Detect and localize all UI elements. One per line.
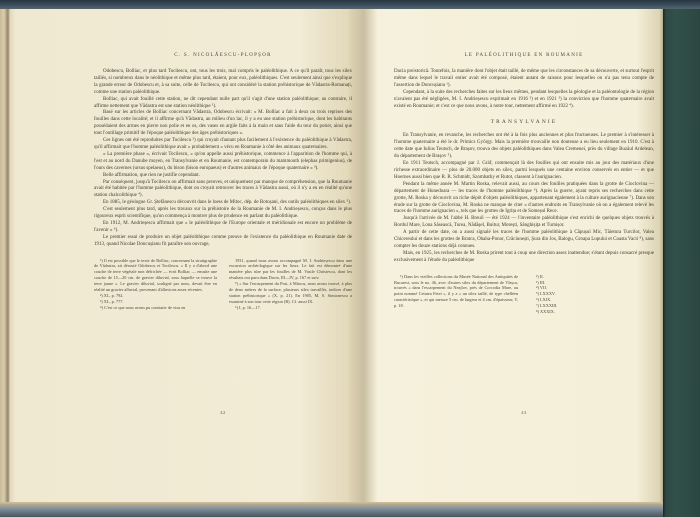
paragraph: En 1912, M. Andrieșescu affirmait que « … (94, 221, 352, 235)
footnote: ¹) Dans les vieilles collections du Musé… (394, 274, 518, 309)
paragraph: Mais, en 1925, les recherches de M. Rosk… (394, 251, 654, 265)
right-body-intro: Dacia preistorică. Toutefois, la manière… (394, 69, 654, 110)
footnote: 1931, quand nous avons accompagné M. I. … (229, 258, 352, 282)
left-page: C. S. NICOLĂESCU-PLOPȘOR Odobescu, Bolli… (94, 53, 352, 415)
book-page-stack-bottom-edge (0, 502, 663, 517)
paragraph: Bolliac, qui avait fouillé cette station… (94, 97, 352, 111)
footnote: ⁵) « Sur l'escarpement du Prut, à Mitocu… (229, 281, 352, 305)
footnote: ⁶) I, p. 16—17. (229, 305, 352, 311)
right-running-header: LE PALÉOLITHIQUE EN ROUMANIE (394, 53, 654, 58)
book-cover-right-edge (663, 9, 700, 517)
book-cover-top-edge (0, 0, 700, 9)
paragraph: Pendant la même année M. Martin Roska, r… (394, 182, 654, 217)
paragraph: Basé sur les articles de Bolliac concern… (94, 110, 352, 138)
book-spread: C. S. NICOLĂESCU-PLOPȘOR Odobescu, Bolli… (0, 9, 663, 504)
right-footnotes: ¹) Dans les vieilles collections du Musé… (394, 274, 654, 315)
right-page: LE PALÉOLITHIQUE EN ROUMANIE Dacia preis… (394, 53, 654, 415)
paragraph: En 1885, le géologue Gr. Ștefănescu déco… (94, 200, 352, 207)
right-body-section: En Transylvanie, en revanche, les recher… (394, 133, 654, 264)
left-footnotes-col1: ¹) Il est possible que le texte de Bolli… (94, 258, 217, 311)
right-page-number: 43 (394, 410, 654, 415)
paragraph: A partir de cette date, on a aussi signa… (394, 230, 654, 251)
paragraph: Ces lignes ont été reproduites par Tocil… (94, 138, 352, 152)
paragraph: Dacia preistorică. Toutefois, la manière… (394, 69, 654, 90)
footnote: ¹) Il est possible que le texte de Bolli… (94, 258, 217, 293)
left-running-header: C. S. NICOLĂESCU-PLOPȘOR (94, 53, 352, 58)
right-footnotes-col2: ²) II.³) III.⁴) VII.⁵) LXXXV.⁶) LXIX.⁷) … (530, 274, 654, 315)
paragraph: « La première phase », écrivait Tocilesc… (94, 152, 352, 173)
paragraph: Cependant, à la suite des recherches fai… (394, 90, 654, 111)
paragraph: Par conséquent, jusqu'à Tocilescu on aff… (94, 180, 352, 201)
open-book-photo: C. S. NICOLĂESCU-PLOPȘOR Odobescu, Bolli… (0, 0, 700, 517)
section-heading: TRANSYLVANIE (394, 119, 654, 125)
left-footnotes-col2: 1931, quand nous avons accompagné M. I. … (229, 258, 352, 311)
right-footnotes-col1: ¹) Dans les vieilles collections du Musé… (394, 274, 518, 315)
left-page-number: 42 (94, 410, 352, 415)
left-body-text: Odobescu, Bolliac, et plus tard Tocilesc… (94, 69, 352, 249)
paragraph: Odobescu, Bolliac, et plus tard Tocilesc… (94, 69, 352, 97)
footnote: ⁸) XXXIX. (530, 309, 654, 315)
footnote: ⁴) C'est ce que nous avons pu constater … (94, 305, 217, 311)
left-footnotes: ¹) Il est possible que le texte de Bolli… (94, 258, 352, 311)
paragraph: Le premier essai de produire un objet pa… (94, 235, 352, 249)
gutter-shadow (348, 9, 378, 504)
paragraph: C'est seulement plus tard, après les tra… (94, 207, 352, 221)
paragraph: Belle affirmation, que rien ne justifie … (94, 173, 352, 180)
paragraph: Jusqu'à l'arrivée de M. l'abbé H. Breuil… (394, 216, 654, 230)
paragraph: En Transylvanie, en revanche, les recher… (394, 133, 654, 161)
paragraph: En 1911 Teutsch, accompagné par J. Gráf,… (394, 161, 654, 182)
